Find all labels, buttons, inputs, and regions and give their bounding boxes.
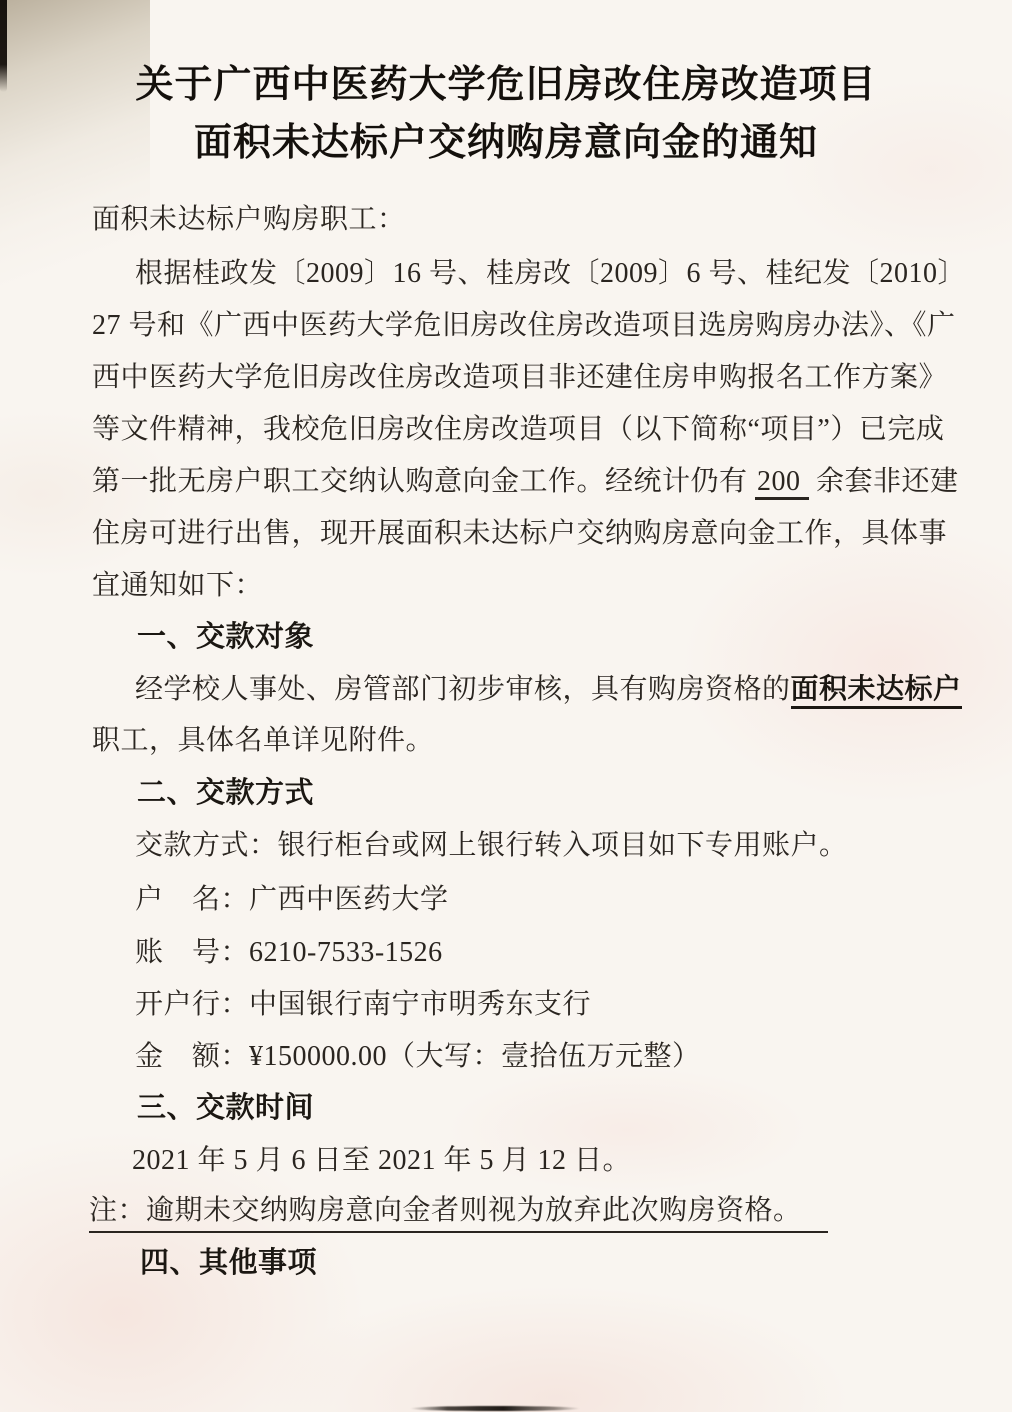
para1-line5-count-underlined: 200 (755, 466, 809, 500)
amount-row: 金 额：¥150000.00（大写：壹拾伍万元整） (135, 1037, 701, 1077)
section1-heading: 一、交款对象 (137, 617, 314, 657)
account-number-row: 账 号：6210-7533-1526 (135, 933, 443, 973)
scan-smudge-bottom (410, 1406, 580, 1411)
title-line-1: 关于广西中医药大学危旧房改住房改造项目 (0, 56, 1012, 114)
section2-intro: 交款方式：银行柜台或网上银行转入项目如下专用账户。 (135, 826, 848, 866)
para1-line5-pre: 第一批无房户职工交纳认购意向金工作。经统计仍有 (92, 466, 755, 497)
document-title: 关于广西中医药大学危旧房改住房改造项目 面积未达标户交纳购房意向金的通知 (0, 56, 1012, 172)
section2-heading: 二、交款方式 (137, 773, 314, 813)
section3-heading: 三、交款时间 (137, 1088, 314, 1128)
salutation: 面积未达标户购房职工： (92, 200, 406, 240)
account-number-label: 账 号： (135, 937, 249, 968)
amount-value: ¥150000.00（大写：壹拾伍万元整） (249, 1041, 701, 1072)
section1-line1-pre: 经学校人事处、房管部门初步审核，具有购房资格的 (135, 674, 791, 705)
section4-heading: 四、其他事项 (140, 1243, 317, 1283)
para1-line5: 第一批无房户职工交纳认购意向金工作。经统计仍有 200 余套非还建 (92, 462, 959, 502)
para1-line2: 27 号和《广西中医药大学危旧房改住房改造项目选房购房办法》、《广 (92, 306, 956, 346)
para1-line4: 等文件精神，我校危旧房改住房改造项目（以下简称“项目”）已完成 (92, 410, 944, 450)
para1-line6: 住房可进行出售，现开展面积未达标户交纳购房意向金工作，具体事 (92, 514, 947, 554)
amount-label: 金 额： (135, 1041, 249, 1072)
note-text-underlined: 注：逾期未交纳购房意向金者则视为放弃此次购房资格。 (89, 1195, 828, 1233)
para1-line3: 西中医药大学危旧房改住房改造项目非还建住房申购报名工作方案》 (92, 358, 947, 398)
scan-shadow-top-left (0, 0, 150, 350)
title-line-2: 面积未达标户交纳购房意向金的通知 (0, 114, 1012, 172)
account-name-label: 户 名： (135, 884, 249, 915)
section1-line2: 职工，具体名单详见附件。 (92, 721, 434, 761)
section1-line1: 经学校人事处、房管部门初步审核，具有购房资格的面积未达标户 (135, 669, 962, 710)
para1-line5-post: 余套非还建 (809, 466, 959, 497)
note-line: 注：逾期未交纳购房意向金者则视为放弃此次购房资格。 (89, 1191, 828, 1231)
para1-line1: 根据桂政发〔2009〕16 号、桂房改〔2009〕6 号、桂纪发〔2010〕 (135, 254, 966, 294)
bank-label: 开户行： (135, 989, 249, 1020)
account-name-value: 广西中医药大学 (249, 884, 449, 915)
section3-line1: 2021 年 5 月 6 日至 2021 年 5 月 12 日。 (132, 1141, 631, 1181)
bank-row: 开户行：中国银行南宁市明秀东支行 (135, 985, 591, 1025)
scanned-notice-page: 关于广西中医药大学危旧房改住房改造项目 面积未达标户交纳购房意向金的通知 面积未… (0, 0, 1012, 1412)
section1-line1-emphasis-underlined: 面积未达标户 (791, 673, 962, 709)
account-number-value: 6210-7533-1526 (249, 937, 443, 968)
account-name-row: 户 名：广西中医药大学 (135, 880, 449, 920)
para1-line7: 宜通知如下： (92, 566, 263, 606)
bank-value: 中国银行南宁市明秀东支行 (249, 989, 591, 1020)
